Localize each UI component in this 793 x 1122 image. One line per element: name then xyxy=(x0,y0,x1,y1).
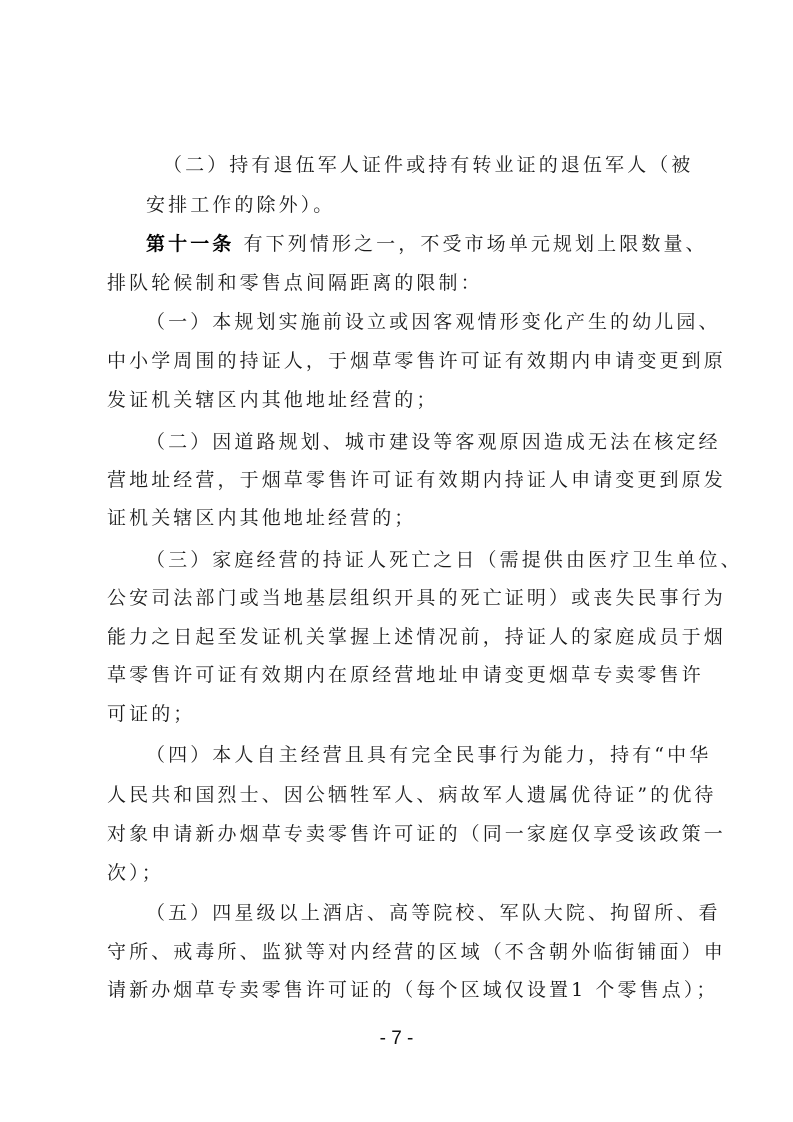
paragraph-line: （五）四星级以上酒店、高等院校、军队大院、拘留所、看 xyxy=(146,901,693,925)
page-number: - 7 - xyxy=(0,1028,793,1050)
paragraph-line: 能力之日起至发证机关掌握上述情况前，持证人的家庭成员于烟 xyxy=(107,625,693,649)
paragraph-line: 安排工作的除外）。 xyxy=(146,193,693,217)
paragraph-line: 中小学周围的持证人，于烟草零售许可证有效期内申请变更到原 xyxy=(107,349,693,373)
paragraph-line: 守所、戒毒所、监狱等对内经营的区域（不含朝外临街铺面）申 xyxy=(107,940,693,964)
paragraph-line: 证机关辖区内其他地址经营的； xyxy=(107,506,693,530)
article-text: 有下列情形之一，不受市场单元规划上限数量、 xyxy=(244,233,708,255)
paragraph-line: 对象申请新办烟草专卖零售许可证的（同一家庭仅享受该政策一 xyxy=(107,822,693,846)
document-page: （二）持有退伍军人证件或持有转业证的退伍军人（被 安排工作的除外）。 第十一条 … xyxy=(0,0,793,1122)
paragraph-line: 公安司法部门或当地基层组织开具的死亡证明）或丧失民事行为 xyxy=(107,586,693,610)
paragraph-line: （二）因道路规划、城市建设等客观原因造成无法在核定经 xyxy=(146,430,693,454)
paragraph-line: 排队轮候制和零售点间隔距离的限制： xyxy=(107,271,693,295)
paragraph-line: 次）； xyxy=(107,861,693,885)
paragraph-line: 草零售许可证有效期内在原经营地址申请变更烟草专卖零售许 xyxy=(107,663,693,687)
paragraph-line: 发证机关辖区内其他地址经营的； xyxy=(107,388,693,412)
paragraph-line: （二）持有退伍军人证件或持有转业证的退伍军人（被 xyxy=(163,153,691,177)
paragraph-line: 人民共和国烈士、因公牺牲军人、病故军人遗属优待证”的优待 xyxy=(107,783,693,807)
paragraph-line: 营地址经营，于烟草零售许可证有效期内持证人申请变更到原发 xyxy=(107,468,693,492)
paragraph-line: 请新办烟草专卖零售许可证的（每个区域仅设置1 个零售点）； xyxy=(107,978,693,1002)
paragraph-line: （四）本人自主经营且具有完全民事行为能力，持有“中华 xyxy=(146,743,693,767)
article-heading-line: 第十一条 有下列情形之一，不受市场单元规划上限数量、 xyxy=(146,232,693,256)
article-number: 第十一条 xyxy=(146,233,234,255)
paragraph-line: 可证的； xyxy=(107,702,693,726)
paragraph-line: （三）家庭经营的持证人死亡之日（需提供由医疗卫生单位、 xyxy=(146,548,693,572)
paragraph-line: （一）本规划实施前设立或因客观情形变化产生的幼儿园、 xyxy=(146,310,693,334)
